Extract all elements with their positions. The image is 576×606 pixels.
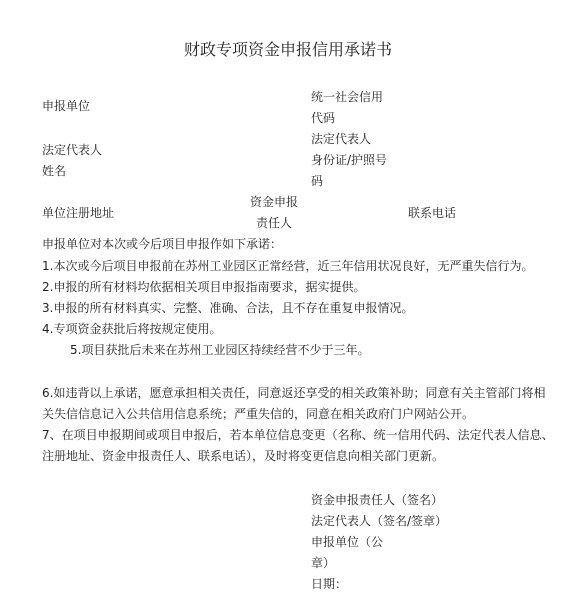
commitment-item-4: 4.专项资金获批后将按规定使用。 — [42, 322, 221, 336]
document-title: 财政专项资金申报信用承诺书 — [0, 40, 576, 60]
signature-legal-rep: 法定代表人（签名/签章） — [311, 514, 447, 528]
commitment-item-7-line-1: 7、在项目申报期间或项目申报后，若本单位信息变更（名称、统一信用代码、法定代表人… — [42, 428, 554, 442]
label-registered-address: 单位注册地址 — [42, 206, 114, 220]
signature-date: 日期： — [311, 577, 347, 591]
label-legal-rep-name-1: 法定代表人 — [42, 143, 102, 157]
label-legal-rep-id-3: 码 — [311, 174, 323, 188]
label-legal-rep-id-2: 身份证/护照号 — [311, 153, 387, 167]
commitment-item-1: 1.本次或今后项目申报前在苏州工业园区正常经营，近三年信用状况良好，无严重失信行… — [42, 259, 533, 273]
label-credit-code-2: 代码 — [311, 111, 335, 125]
commitment-item-7-line-2: 注册地址、资金申报责任人、联系电话），及时将变更信息向相关部门更新。 — [42, 449, 444, 463]
label-contact-phone: 联系电话 — [408, 206, 456, 220]
label-applicant-unit: 申报单位 — [42, 99, 90, 113]
signature-unit-seal-2: 章） — [311, 556, 335, 570]
label-fund-responsible-1: 资金申报 — [250, 195, 298, 209]
signature-fund-responsible: 资金申报责任人（签名） — [311, 493, 443, 507]
commitment-item-5: 5.项目获批后未来在苏州工业园区持续经营不少于三年。 — [70, 343, 369, 357]
label-credit-code-1: 统一社会信用 — [311, 90, 383, 104]
label-legal-rep-name-2: 姓名 — [42, 164, 66, 178]
commitment-item-6-line-1: 6.如违背以上承诺，愿意承担相关责任，同意返还享受的相关政策补助；同意有关主管部… — [42, 386, 545, 400]
commitment-intro: 申报单位对本次或今后项目申报作如下承诺： — [42, 237, 282, 251]
commitment-item-6-line-2: 关失信信息记入公共信用信息系统；严重失信的，同意在相关政府门户网站公开。 — [42, 407, 474, 421]
label-fund-responsible-2: 责任人 — [256, 216, 292, 230]
commitment-item-2: 2.申报的所有材料均依据相关项目申报指南要求，据实提供。 — [42, 280, 365, 294]
signature-unit-seal-1: 申报单位（公 — [311, 535, 383, 549]
label-legal-rep-id-1: 法定代表人 — [311, 132, 371, 146]
commitment-item-3: 3.申报的所有材料真实、完整、准确、合法，且不存在重复申报情况。 — [42, 301, 413, 315]
